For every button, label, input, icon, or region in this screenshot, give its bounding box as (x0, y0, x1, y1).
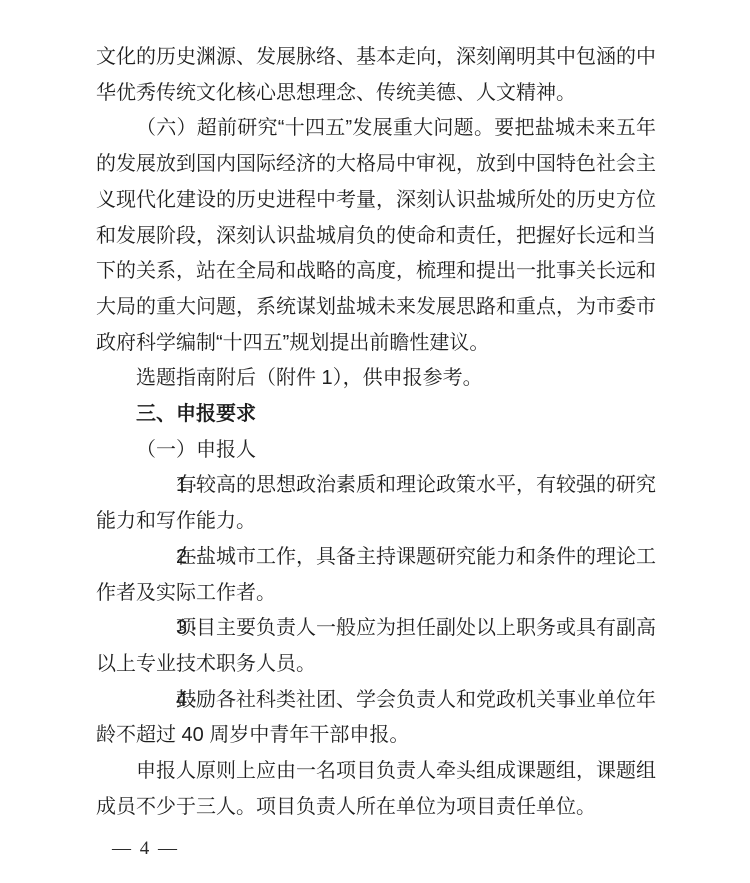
paragraph-topic-guide: 选题指南附后（附件 1），供申报参考。 (96, 361, 656, 397)
paragraph-team-rule: 申报人原则上应由一名项目负责人牵头组成课题组，课题组成员不少于三人。项目负责人所… (96, 754, 656, 825)
list-item-3-text: 项目主要负责人一般应为担任副处以上职务或具有副高以上专业技术职务人员。 (96, 617, 656, 675)
document-text-block: 文化的历史渊源、发展脉络、基本走向，深刻阐明其中包涵的中华优秀传统文化核心思想理… (96, 40, 656, 825)
document-page: 文化的历史渊源、发展脉络、基本走向，深刻阐明其中包涵的中华优秀传统文化核心思想理… (0, 0, 750, 883)
list-item-4: 4·鼓励各社科类社团、学会负责人和党政机关事业单位年龄不超过 40 周岁中青年干… (96, 683, 656, 754)
list-item-2: 2·在盐城市工作，具备主持课题研究能力和条件的理论工作者及实际工作者。 (96, 540, 656, 611)
list-item-1-number: 1· (136, 468, 176, 504)
list-item-2-number: 2· (136, 540, 176, 576)
list-item-1-text: 有较高的思想政治素质和理论政策水平，有较强的研究能力和写作能力。 (96, 474, 656, 532)
list-item-3-number: 3· (136, 611, 176, 647)
paragraph-item-six: （六）超前研究“十四五”发展重大问题。要把盐城未来五年的发展放到国内国际经济的大… (96, 111, 656, 361)
page-number: — 4 — (112, 836, 179, 862)
heading-section-three: 三、申报要求 (96, 397, 656, 433)
list-item-4-text: 鼓励各社科类社团、学会负责人和党政机关事业单位年龄不超过 40 周岁中青年干部申… (96, 689, 656, 747)
paragraph-continuation: 文化的历史渊源、发展脉络、基本走向，深刻阐明其中包涵的中华优秀传统文化核心思想理… (96, 40, 656, 111)
heading-subsection-one: （一）申报人 (96, 433, 656, 469)
list-item-3: 3·项目主要负责人一般应为担任副处以上职务或具有副高以上专业技术职务人员。 (96, 611, 656, 682)
list-item-4-number: 4· (136, 683, 176, 719)
list-item-1: 1·有较高的思想政治素质和理论政策水平，有较强的研究能力和写作能力。 (96, 468, 656, 539)
